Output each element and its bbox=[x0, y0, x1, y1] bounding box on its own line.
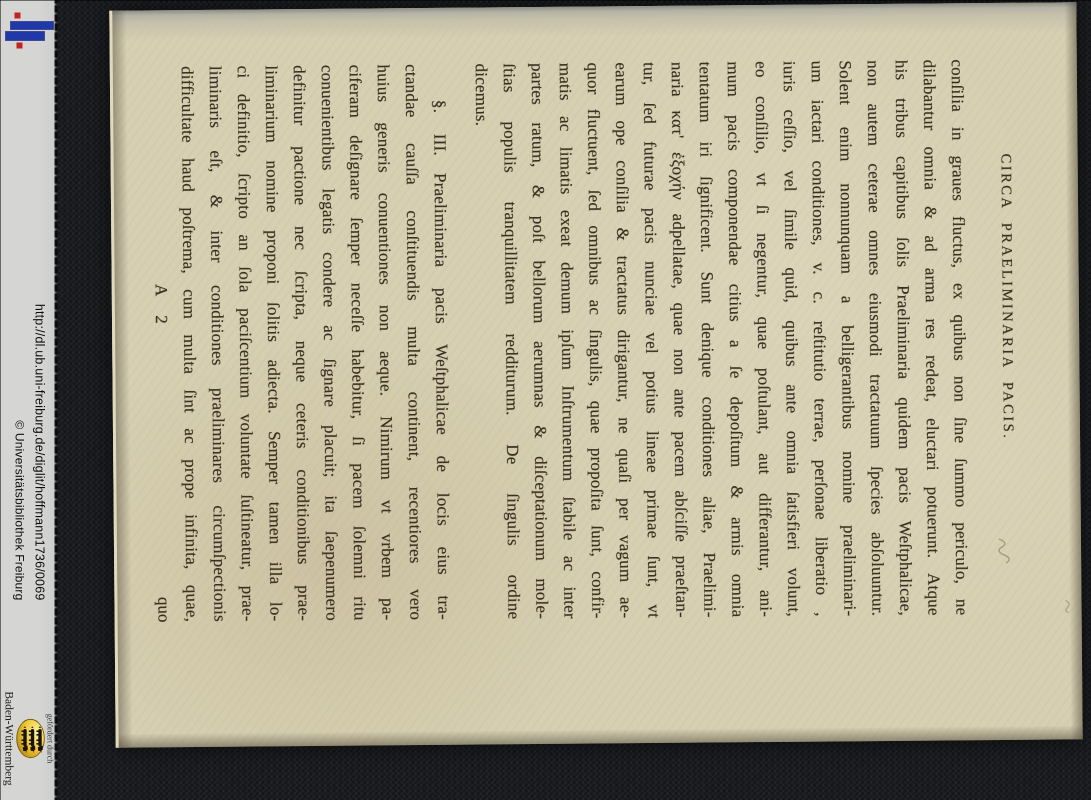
text-line: tentatum iri ſignificent. Sunt denique c… bbox=[690, 61, 723, 617]
funding-block: gefördert durch bbox=[0, 685, 55, 791]
text-line: iuris ceſſio, vel ſimile quid, quibus an… bbox=[774, 60, 807, 616]
text-line: naria κατ' ἐξοχήν adpellatae, quae non a… bbox=[662, 61, 695, 617]
text-line: conſilia in graues fluctus, ex quibus no… bbox=[942, 59, 975, 615]
text-line: difficultate haud poſtrema, cum multa ſi… bbox=[172, 65, 205, 621]
text-line: tur, ſed futurae pacis nunciae vel potiu… bbox=[634, 61, 667, 617]
baden-wuerttemberg-arms-icon bbox=[15, 718, 45, 758]
text-line: non autem ceterae omnes eiusmodi tractat… bbox=[858, 59, 891, 615]
text-line: liminarium nomine proponi ſolitis adiect… bbox=[256, 65, 289, 621]
text-line: §. III. Praeliminaria pacis Weſtphalicae… bbox=[424, 63, 457, 619]
text-line: matis ac limatis exeat demum ipſum Inſtr… bbox=[550, 62, 583, 618]
text-line: ci definitio, ſcripto an ſola paciſcenti… bbox=[228, 65, 261, 621]
source-url: http://dl.ub.uni-freiburg.de/diglit/hoff… bbox=[32, 303, 46, 600]
running-header: CIRCA PRAELIMINARIA PACIS. bbox=[995, 58, 1017, 614]
text-line: partes ratum, & poſt bellorum aerumnas &… bbox=[522, 62, 555, 618]
logo-blue-bar-left bbox=[10, 21, 53, 29]
logo-red-square-right bbox=[16, 42, 22, 48]
text-line: definitur pactione nec ſcripta, neque ce… bbox=[284, 64, 317, 620]
signature-line: A 2 quo bbox=[144, 66, 177, 622]
text-line: mum pacis componendae citius a ſe depoſi… bbox=[718, 61, 751, 617]
text-line: ctandae cauſſa conſtituendis multa conti… bbox=[396, 63, 429, 619]
logo-red-square-left bbox=[14, 12, 20, 18]
paragraph: conſilia in graues fluctus, ex quibus no… bbox=[466, 59, 975, 619]
text-line: conuenientibus legatis condere ac ſignar… bbox=[312, 64, 345, 620]
text-line: ſtias populis tranquillitatem redditurum… bbox=[494, 63, 527, 619]
lion-passant-icon bbox=[21, 726, 42, 752]
funding-region-label: Baden-Württemberg bbox=[2, 685, 14, 791]
text-line: um iactari conditiones, v. c. reſtitutio… bbox=[802, 60, 835, 616]
ub-freiburg-logo bbox=[0, 0, 55, 60]
text-line: ciferam deſignare ſemper neceſſe habebit… bbox=[340, 64, 373, 620]
signature-mark: A 2 bbox=[144, 66, 176, 542]
logo-blue-bar-right bbox=[5, 31, 44, 40]
text-line: earum ope conſilia & tractatus dirigantu… bbox=[606, 62, 639, 618]
text-line: huius generis conuentiones non aeque. Ni… bbox=[368, 64, 401, 620]
text-line: Solent enim nonnunquam a belligerantibus… bbox=[830, 60, 863, 616]
text-block: conſilia in graues fluctus, ex quibus no… bbox=[144, 59, 975, 622]
text-line: eo conſilio, vt ſi negentur, quae poſtul… bbox=[746, 60, 779, 616]
book-page: CIRCA PRAELIMINARIA PACIS. conſilia in g… bbox=[109, 2, 1082, 747]
strip-junction bbox=[54, 0, 57, 800]
paragraph: §. III. Praeliminaria pacis Weſtphalicae… bbox=[172, 63, 457, 621]
page-bottom-edge-shadow bbox=[112, 10, 132, 747]
text-line: his tribus capitibus ſolis Praeliminaria… bbox=[886, 59, 919, 615]
text-line: dicemus. bbox=[466, 63, 499, 619]
text-line: liminaris eſt, & inter conditiones prael… bbox=[200, 65, 233, 621]
scan-photo: CIRCA PRAELIMINARIA PACIS. conſilia in g… bbox=[0, 0, 1091, 800]
funding-label: gefördert durch bbox=[45, 685, 54, 791]
screenshot-root: CIRCA PRAELIMINARIA PACIS. conſilia in g… bbox=[0, 0, 1091, 800]
copyright-line: © Universitätsbibliothek Freiburg bbox=[12, 420, 26, 600]
library-frame-strip: http://dl.ub.uni-freiburg.de/diglit/hoff… bbox=[0, 0, 55, 800]
text-line: dilabantur omnia & ad arma res redeat, e… bbox=[914, 59, 947, 615]
catchword: quo bbox=[149, 596, 177, 622]
text-line: quor fluctuent, ſed omnibus ac ſingulis,… bbox=[578, 62, 611, 618]
